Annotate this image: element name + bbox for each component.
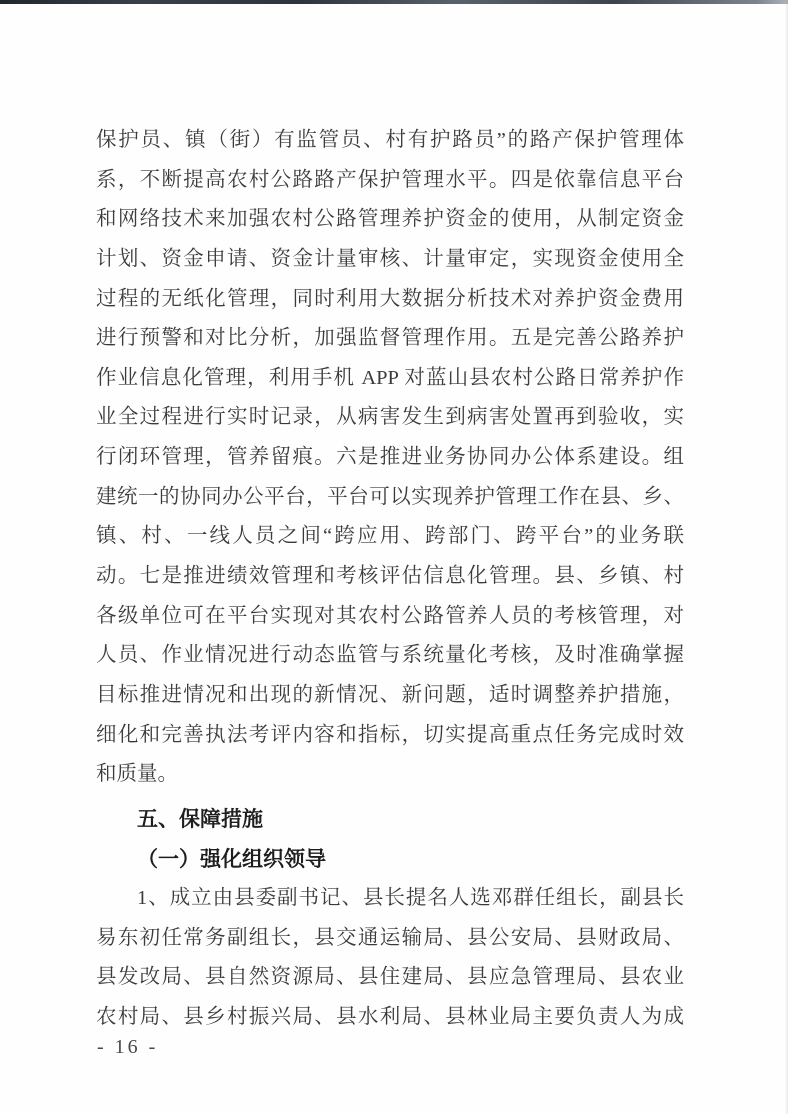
text-line: 行闭环管理，管养留痕。六是推进业务协同办公体系建设。组: [96, 438, 684, 478]
text-line: 业全过程进行实时记录，从病害发生到病害处置再到验收，实: [96, 398, 684, 438]
text-line: 保护员、镇（街）有监管员、村有护路员”的路产保护管理体: [96, 121, 684, 161]
document-body: 保护员、镇（街）有监管员、村有护路员”的路产保护管理体 系，不断提高农村公路路产…: [96, 121, 684, 1038]
text-line: 细化和完善执法考评内容和指标，切实提高重点任务完成时效: [96, 716, 684, 756]
subsection-heading: （一）强化组织领导: [96, 840, 684, 880]
text-line: 建统一的协同办公平台，平台可以实现养护管理工作在县、乡、: [96, 478, 684, 518]
text-line: 1、成立由县委副书记、县长提名人选邓群任组长，副县长: [96, 879, 684, 919]
text-line: 易东初任常务副组长，县交通运输局、县公安局、县财政局、: [96, 919, 684, 959]
text-line: 过程的无纸化管理，同时利用大数据分析技术对养护资金费用: [96, 280, 684, 320]
text-line: 和质量。: [96, 755, 684, 795]
text-line: 系，不断提高农村公路路产保护管理水平。四是依靠信息平台: [96, 161, 684, 201]
text-line: 县发改局、县自然资源局、县住建局、县应急管理局、县农业: [96, 958, 684, 998]
text-line: 进行预警和对比分析，加强监督管理作用。五是完善公路养护: [96, 319, 684, 359]
text-line: 动。七是推进绩效管理和考核评估信息化管理。县、乡镇、村: [96, 557, 684, 597]
text-line: 目标推进情况和出现的新情况、新问题，适时调整养护措施，: [96, 676, 684, 716]
document-page: 保护员、镇（街）有监管员、村有护路员”的路产保护管理体 系，不断提高农村公路路产…: [0, 0, 788, 1114]
scan-edge-artifact: [0, 0, 788, 4]
text-line: 农村局、县乡村振兴局、县水利局、县林业局主要负责人为成: [96, 998, 684, 1038]
text-line: 作业信息化管理，利用手机 APP 对蓝山县农村公路日常养护作: [96, 359, 684, 399]
text-line: 计划、资金申请、资金计量审核、计量审定，实现资金使用全: [96, 240, 684, 280]
text-line: 镇、村、一线人员之间“跨应用、跨部门、跨平台”的业务联: [96, 517, 684, 557]
text-line: 和网络技术来加强农村公路管理养护资金的使用，从制定资金: [96, 200, 684, 240]
page-number: - 16 -: [97, 1034, 158, 1060]
text-line: 人员、作业情况进行动态监管与系统量化考核，及时准确掌握: [96, 636, 684, 676]
text-line: 各级单位可在平台实现对其农村公路管养人员的考核管理，对: [96, 597, 684, 637]
section-heading: 五、保障措施: [96, 800, 684, 840]
